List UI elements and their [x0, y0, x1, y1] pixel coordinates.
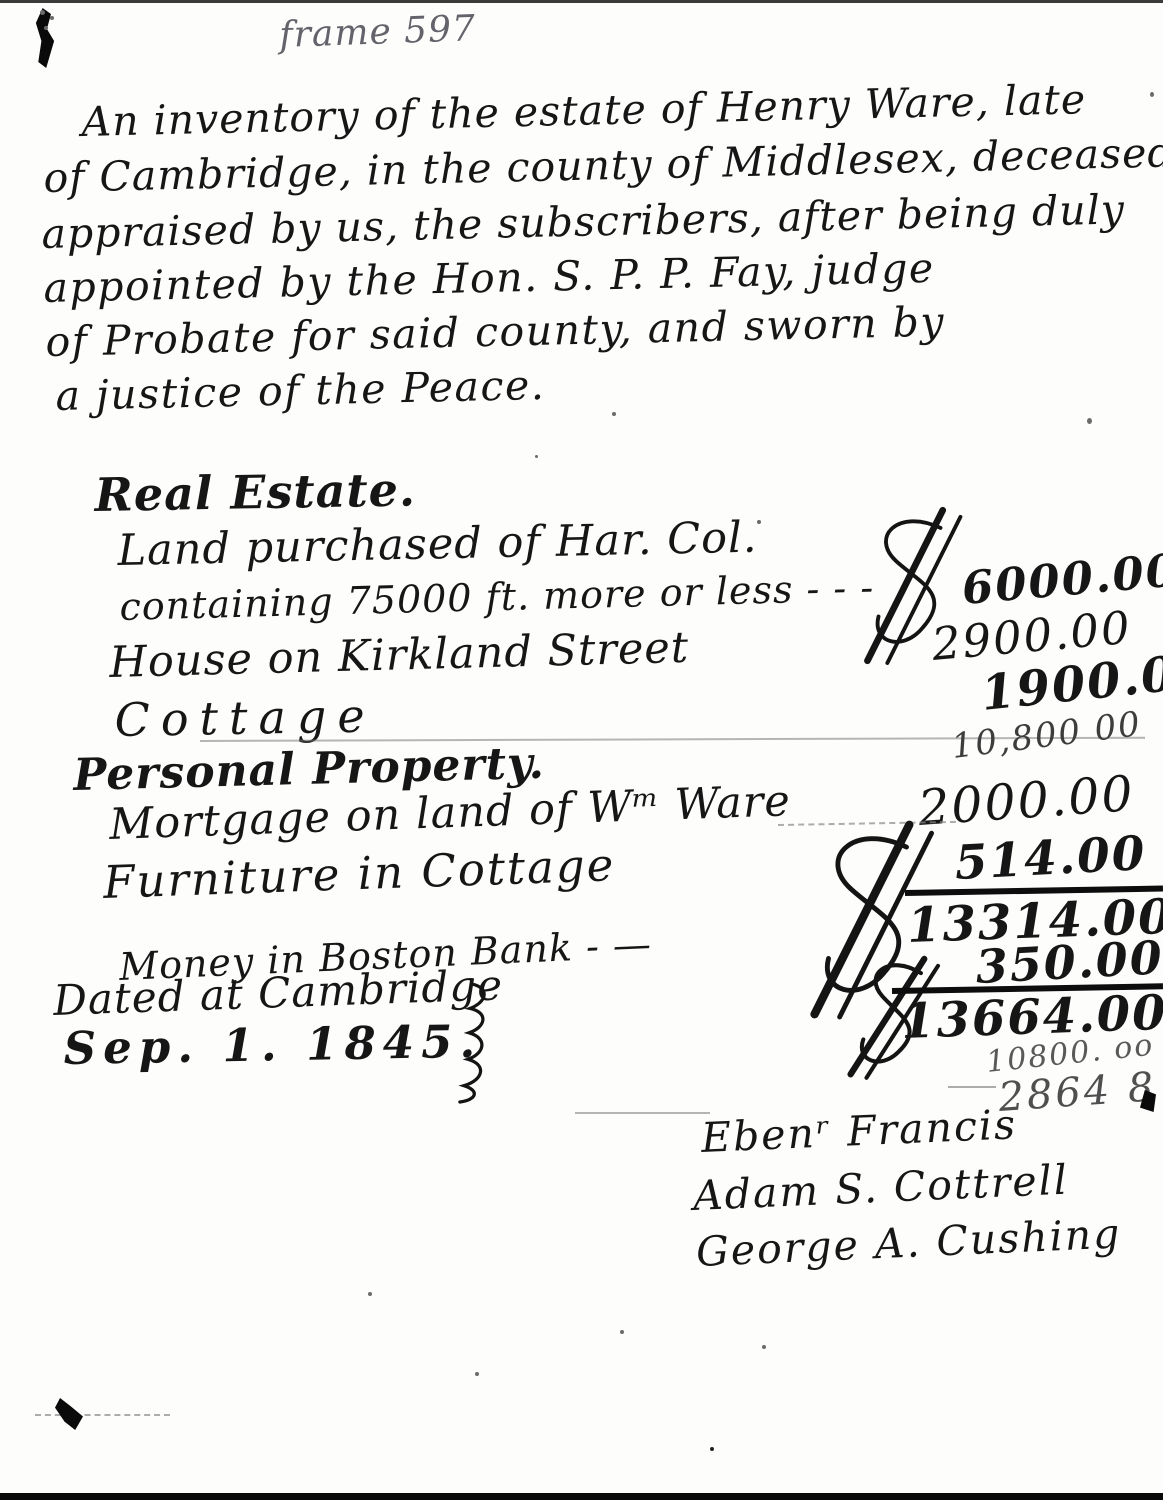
signature-1: Ebenʳ Francis	[700, 1104, 1018, 1159]
amount-land: 6000.00	[960, 547, 1163, 611]
paragraph-line-5: of Probate for said county, and sworn by	[45, 302, 945, 363]
real-estate-item-house: House on Kirkland Street	[109, 627, 690, 685]
personal-property-item-furniture: Furniture in Cottage	[102, 842, 616, 905]
amount-mortgage: 2000.00	[917, 769, 1137, 833]
speck	[475, 1372, 479, 1376]
speck	[710, 1447, 714, 1451]
real-estate-heading: Real Estate.	[94, 466, 416, 518]
dateline-date: Sep. 1. 1845.	[63, 1019, 482, 1071]
speck	[40, 10, 45, 15]
signature-3: George A. Cushing	[695, 1213, 1122, 1273]
speck	[612, 412, 616, 416]
pencil-difference: 2864 8	[997, 1067, 1157, 1118]
real-estate-item-land-line-1: Land purchased of Har. Col.	[117, 517, 758, 573]
paragraph-line-3: appraised by us, the subscribers, after …	[41, 189, 1125, 255]
speck	[50, 16, 54, 20]
dateline-place: Dated at Cambridge	[53, 964, 504, 1022]
paragraph-line-4: appointed by the Hon. S. P. P. Fay, judg…	[43, 248, 935, 309]
speck	[762, 1345, 766, 1349]
pencil-subtraction-dash	[948, 1086, 996, 1088]
signature-2: Adam S. Cottrell	[692, 1160, 1069, 1217]
real-estate-item-land-line-2: containing 75000 ft. more or less - - -	[119, 568, 875, 626]
real-estate-item-cottage: Cottage	[114, 692, 376, 743]
speck	[44, 26, 48, 30]
speck	[1087, 418, 1092, 424]
bottom-left-scan-line	[35, 1414, 170, 1416]
speck	[535, 455, 538, 458]
scan-top-edge-line	[0, 0, 1163, 3]
scanned-document-page: frame 597 An inventory of the estate of …	[0, 0, 1163, 1500]
stray-scan-line	[575, 1112, 710, 1114]
speck	[368, 1292, 372, 1296]
real-estate-subtotal: 10,800 00	[950, 707, 1144, 764]
frame-number-annotation: frame 597	[279, 11, 477, 54]
paragraph-line-6: a justice of the Peace.	[55, 365, 546, 417]
scan-bottom-edge-strip	[0, 1493, 1163, 1500]
speck	[757, 520, 761, 524]
amount-furniture: 514.00	[954, 830, 1148, 887]
amount-boston-bank: 350.00	[975, 934, 1163, 990]
speck	[1150, 92, 1154, 97]
speck	[620, 1330, 624, 1334]
